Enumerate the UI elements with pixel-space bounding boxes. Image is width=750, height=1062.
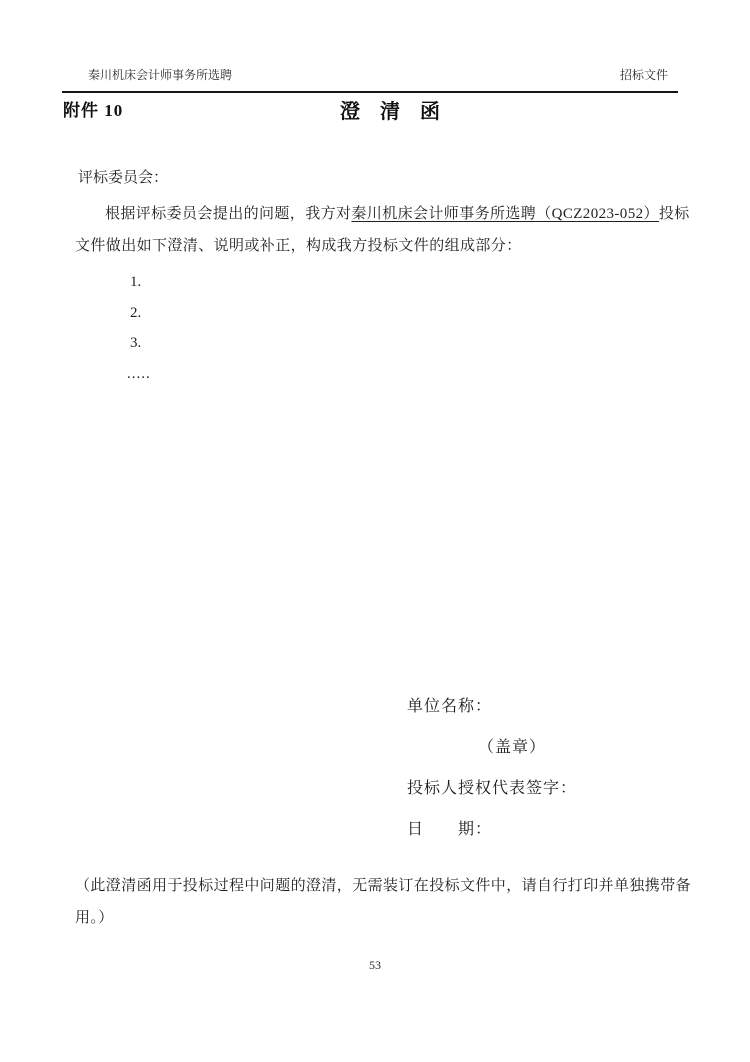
- seal-label: （盖章）: [407, 738, 577, 758]
- list-item: 3.: [130, 333, 151, 364]
- page-number: 53: [0, 958, 750, 973]
- footnote-line: 用。）: [75, 908, 695, 928]
- paragraph-suffix: 投标: [659, 206, 690, 222]
- header-left-text: 秦川机床会计师事务所选聘: [88, 66, 232, 83]
- signature-block: 单位名称： （盖章） 投标人授权代表签字： 日 期：: [407, 697, 577, 861]
- footnote: （此澄清函用于投标过程中问题的澄清，无需装订在投标文件中，请自行打印并单独携带备…: [75, 876, 695, 940]
- unit-name-label: 单位名称：: [407, 697, 577, 717]
- list-item-ellipsis: .....: [127, 364, 151, 395]
- list-item: 1.: [130, 272, 151, 303]
- document-title: 澄 清 函: [30, 95, 750, 124]
- project-name-underlined: 秦川机床会计师事务所选聘（QCZ2023-052）: [351, 206, 659, 222]
- paragraph-prefix: 根据评标委员会提出的问题，我方对: [105, 206, 351, 222]
- date-label: 日 期：: [407, 820, 577, 840]
- body-paragraph-line1: 根据评标委员会提出的问题，我方对秦川机床会计师事务所选聘（QCZ2023-052…: [75, 204, 680, 224]
- clarification-list: 1. 2. 3. .....: [130, 272, 151, 394]
- title-row: 附件 10 澄 清 函: [0, 96, 750, 122]
- representative-signature-label: 投标人授权代表签字：: [407, 779, 577, 799]
- footnote-line: （此澄清函用于投标过程中问题的澄清，无需装订在投标文件中，请自行打印并单独携带备: [75, 876, 695, 896]
- body-paragraph-line2: 文件做出如下澄清、说明或补正，构成我方投标文件的组成部分：: [75, 236, 522, 256]
- header-right-text: 招标文件: [620, 66, 668, 83]
- header-rule: [62, 91, 678, 93]
- salutation: 评标委员会：: [78, 166, 168, 187]
- document-page: 秦川机床会计师事务所选聘 招标文件 附件 10 澄 清 函 评标委员会： 根据评…: [0, 0, 750, 1062]
- list-item: 2.: [130, 303, 151, 334]
- page-header: 秦川机床会计师事务所选聘 招标文件: [88, 66, 668, 83]
